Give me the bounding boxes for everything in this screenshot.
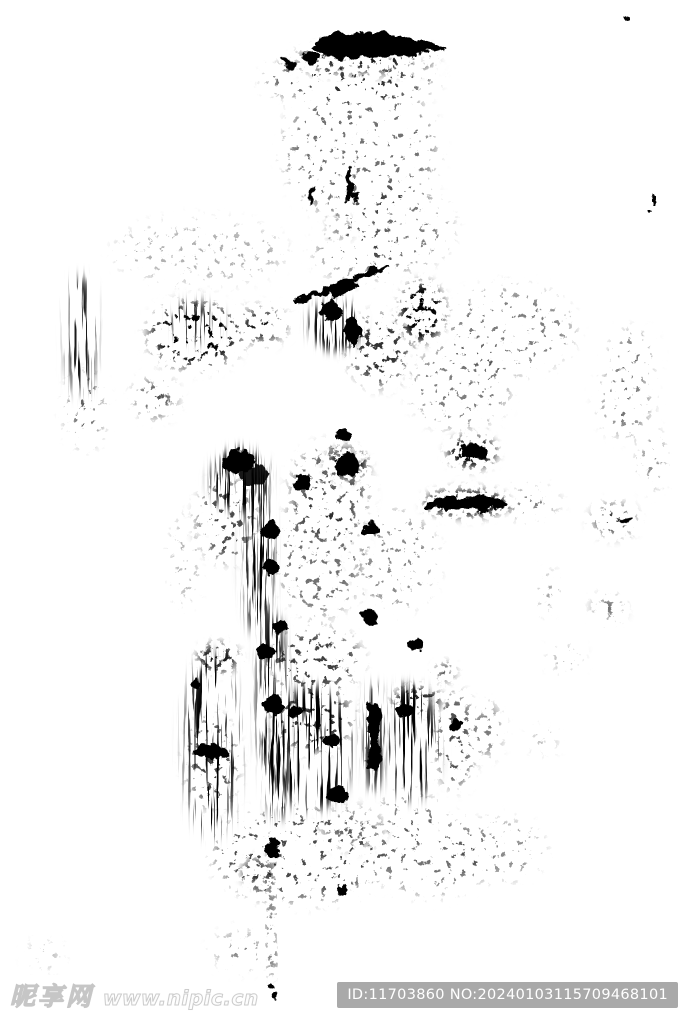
ink-blob [345, 318, 361, 346]
ink-patch [543, 573, 555, 613]
ink-blob [362, 609, 378, 625]
ink-blob [352, 192, 358, 200]
ink-blob [405, 639, 425, 651]
ink-patch [601, 366, 649, 434]
ink-patch [170, 302, 222, 342]
ink-blob [190, 744, 230, 758]
watermark-id-text: ID:11703860 NO:20240103115709468101 [347, 987, 668, 1003]
ink-blob [448, 720, 462, 730]
ink-patch [531, 730, 555, 750]
ink-blob [361, 523, 379, 537]
ink-patch [594, 598, 622, 618]
ink-texture-svg [0, 0, 696, 1024]
ink-patch [30, 945, 60, 965]
ink-blob [461, 444, 487, 460]
ink-blob [318, 33, 353, 54]
ink-blob [264, 560, 280, 576]
ink-blob [257, 644, 277, 660]
ink-blob [262, 523, 282, 541]
ink-patch [437, 692, 473, 788]
ink-blob [320, 299, 340, 321]
ink-blob [652, 197, 657, 203]
artwork-canvas: 昵享网 www.nipic.cn ID:11703860 NO:20240103… [0, 0, 696, 1024]
ink-patch [135, 380, 175, 416]
ink-patch [436, 664, 454, 680]
ink-patch [378, 795, 438, 835]
ink-patch [173, 515, 197, 605]
ink-blob [326, 787, 350, 803]
ink-patch [275, 686, 351, 750]
ink-blob [266, 838, 280, 858]
ink-patch [216, 934, 264, 966]
ink-patch [458, 822, 542, 878]
ink-patch [243, 485, 273, 635]
ink-blob [272, 622, 288, 634]
ink-blob [335, 454, 361, 476]
ink-patch [504, 491, 556, 515]
ink-blob [321, 734, 339, 746]
ink-blob [293, 475, 311, 491]
ink-blob [367, 700, 380, 772]
ink-blob [273, 993, 278, 999]
ink-blob [240, 466, 268, 486]
ink-blob [265, 694, 283, 718]
ink-patch [400, 282, 444, 342]
ink-patch [243, 859, 269, 885]
ink-blob [269, 982, 275, 989]
ink-blob [625, 15, 629, 19]
ink-patch [412, 343, 508, 427]
ink-blob [649, 209, 653, 214]
ink-patch [551, 649, 579, 667]
ink-patch [278, 495, 362, 615]
ink-patch [268, 847, 274, 963]
ink-patch [240, 310, 284, 340]
ink-blob [427, 496, 508, 511]
ink-blob [336, 430, 350, 440]
ink-blob [337, 885, 347, 893]
ink-patch [322, 810, 382, 846]
watermark-id-badge: ID:11703860 NO:20240103115709468101 [337, 982, 678, 1009]
ink-blob [289, 707, 303, 717]
ink-patch [115, 222, 285, 282]
ink-patch [315, 226, 405, 278]
ink-patch [642, 432, 662, 488]
ink-patch [189, 717, 235, 807]
ink-patch [69, 375, 101, 445]
ink-patch [198, 644, 238, 672]
ink-blob [192, 679, 200, 689]
ink-blob [394, 703, 416, 717]
ink-patch [269, 946, 275, 978]
ink-patch [474, 704, 500, 756]
